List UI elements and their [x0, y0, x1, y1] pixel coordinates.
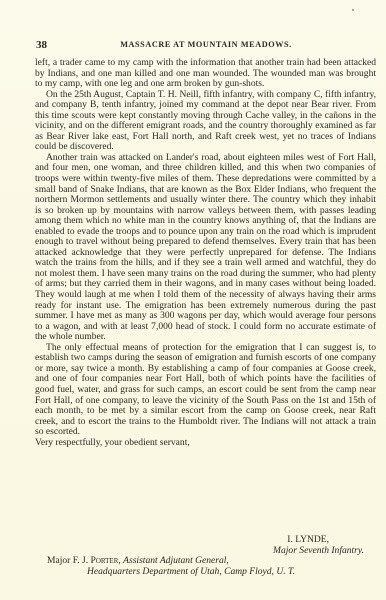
paragraph: The only effectual means of protection f…	[35, 343, 376, 438]
paper-speck	[352, 9, 354, 11]
addressee-prefix: Major F. J.	[47, 555, 91, 566]
signature-block: I. LYNDE, Major Seventh Infantry. Major …	[35, 535, 376, 577]
addressee-name: Porter	[91, 555, 119, 566]
page-header: 38 MASSACRE AT MOUNTAIN MEADOWS.	[36, 39, 376, 53]
signatory-name: I. LYNDE,	[35, 535, 376, 546]
paragraph: On the 25th August, Captain T. H. Neill,…	[35, 90, 376, 153]
paragraph: Another train was attacked on Lander's r…	[35, 153, 376, 343]
addressee-role: Assistant Adjutant General,	[123, 555, 229, 566]
closing-salutation: Very respectfully, your obedient servant…	[35, 438, 376, 449]
document-page: 38 MASSACRE AT MOUNTAIN MEADOWS. left, a…	[0, 0, 386, 600]
addressee-line-2: Headquarters Department of Utah, Camp Fl…	[35, 567, 376, 578]
body-text: left, a trader came to my camp with the …	[35, 58, 376, 448]
paragraph: left, a trader came to my camp with the …	[35, 58, 376, 90]
running-title: MASSACRE AT MOUNTAIN MEADOWS.	[36, 40, 376, 49]
